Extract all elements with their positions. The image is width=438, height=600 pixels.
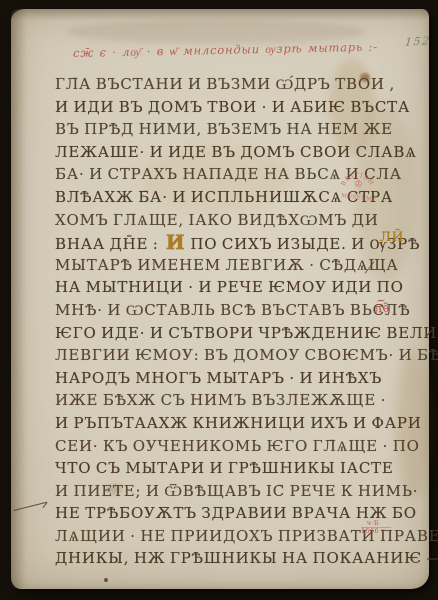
stamp-text-bottom: MUSEUM xyxy=(341,193,373,203)
manuscript-line: ИЖЕ БѢХЖ СЪ НИМЪ ВЪЗЛЕЖѪЩЕ · xyxy=(55,389,407,412)
manuscript-line: ЛѦЩИИ · НЕ ПРИИДОХЪ ПРИЗВАТИ ПРАВЕ xyxy=(55,525,407,548)
lines-before: ГЛ̄А ВЪСТАНИ И ВЪЗМИ Ѡ́ДРЪ ТВОИ ‚И ИДИ В… xyxy=(55,73,407,231)
manuscript-line: МЫТАРѢ ИМЕНЕМ ЛЕВГИѪ · СѢДѦЩА xyxy=(55,254,407,277)
crown-icon: ♔ xyxy=(353,179,363,191)
rubric-heading: сж̄ є · лѹ̄ · в ѡ̄ мнлсондыи ѹзрѣ мытарь… xyxy=(73,40,363,60)
manuscript-line: ГЛ̄А ВЪСТАНИ И ВЪЗМИ Ѡ́ДРЪ ТВОИ ‚ xyxy=(55,73,407,96)
manuscript-line: ЛЕЖАШЕ· И ИДЕ ВЪ ДОМЪ СВОИ СЛАВѦ xyxy=(55,141,407,164)
manuscript-line-with-initial: ВНАА ДН̄Е :ИПО СИХЪ ИЗЫДЕ. И ѸЗРѢ xyxy=(55,231,407,254)
text-block: ГЛ̄А ВЪСТАНИ И ВЪЗМИ Ѡ́ДРЪ ТВОИ ‚И ИДИ В… xyxy=(55,73,407,570)
manuscript-line: МНѢ· И ѠСТАВЛЬ ВСѢ ВЪСТАВЪ ВЬСЛѢ xyxy=(55,299,407,322)
manuscript-page: 152 сж̄ є · лѹ̄ · в ѡ̄ мнлсондыи ѹзрѣ мы… xyxy=(11,9,429,589)
red-inscription-line1: ч·Б xyxy=(361,520,391,528)
manuscript-line: ДНИКЫ, НЖ ГРѢШНИКЫ НА ПОКААНИѤ — : xyxy=(55,547,407,570)
manuscript-photo: 152 сж̄ є · лѹ̄ · в ѡ̄ мнлсондыи ѹзрѣ мы… xyxy=(0,0,438,600)
manuscript-line: И ИДИ ВЪ ДОМЪ ТВОИ · И АБИѤ ВЪСТА xyxy=(55,96,407,119)
manuscript-line: НА МЫТНИЦИ · И РЕЧЕ ѤМОУ ИДИ ПО xyxy=(55,276,407,299)
manuscript-line: И РЪПЪТААХЖ КНИЖНИЦИ ИХЪ И ФАРИ xyxy=(55,412,407,435)
marginal-note-gold: ЛӢ xyxy=(380,230,404,245)
red-inscription-line2: 1566 г xyxy=(361,528,397,535)
lines-after: МЫТАРѢ ИМЕНЕМ ЛЕВГИѪ · СѢДѦЩАНА МЫТНИЦИ … xyxy=(55,254,407,570)
line8-pre: ВНАА ДН̄Е : xyxy=(55,235,159,253)
marginal-note-red: ∼лѳ̄ xyxy=(373,296,390,314)
manuscript-line: ВЪ ПРѢД НИМИ, ВЪЗЕМЪ НА НЕМ ЖЕ xyxy=(55,118,407,141)
manuscript-line: СЕИ· КЪ ОУЧЕНИКОМЬ ѤГО ГЛ̄ѦЩЕ · ПО xyxy=(55,435,407,458)
british-museum-stamp: BRITISH ♔ MUSEUM xyxy=(338,165,379,209)
red-inscription: ч·Б1566 г xyxy=(361,520,397,535)
manuscript-line: ЧТО СЪ МЫТАРИ И ГРѢШНИКЫ ІАСТЕ xyxy=(55,457,407,480)
margin-pen-mark xyxy=(11,492,47,511)
manuscript-line: ѤГО ИДЕ· И СЪТВОРИ ЧРѢЖДЕНИѤ ВЕЛИѤ— xyxy=(55,322,407,345)
manuscript-line: И ПИЕТЕ; И ѾВѢЩАВЪ ІС̄ РЕЧЕ К НИМЬ· xyxy=(55,480,407,503)
illuminated-initial: И xyxy=(166,230,186,254)
folio-number: 152 xyxy=(404,34,431,49)
manuscript-line: ХОМЪ ГЛ̄ѦЩЕ, ІАКО ВИДѢХѠМЪ ДИ xyxy=(55,209,407,232)
manuscript-line: НЕ ТРѢБОУѪТЪ ЗДРАВИИ ВРАЧА НЖ БО xyxy=(55,502,407,525)
manuscript-line: ЛЕВГИИ ѤМОУ: ВЪ ДОМОУ СВОѤМЪ· И БѢ xyxy=(55,344,407,367)
red-note-text: лѳ̄ xyxy=(374,300,391,316)
ink-dot xyxy=(104,578,108,582)
manuscript-line: НАРОДЪ МНОГЪ МЫТАРЪ · И ИНѢХЪ xyxy=(55,367,407,390)
